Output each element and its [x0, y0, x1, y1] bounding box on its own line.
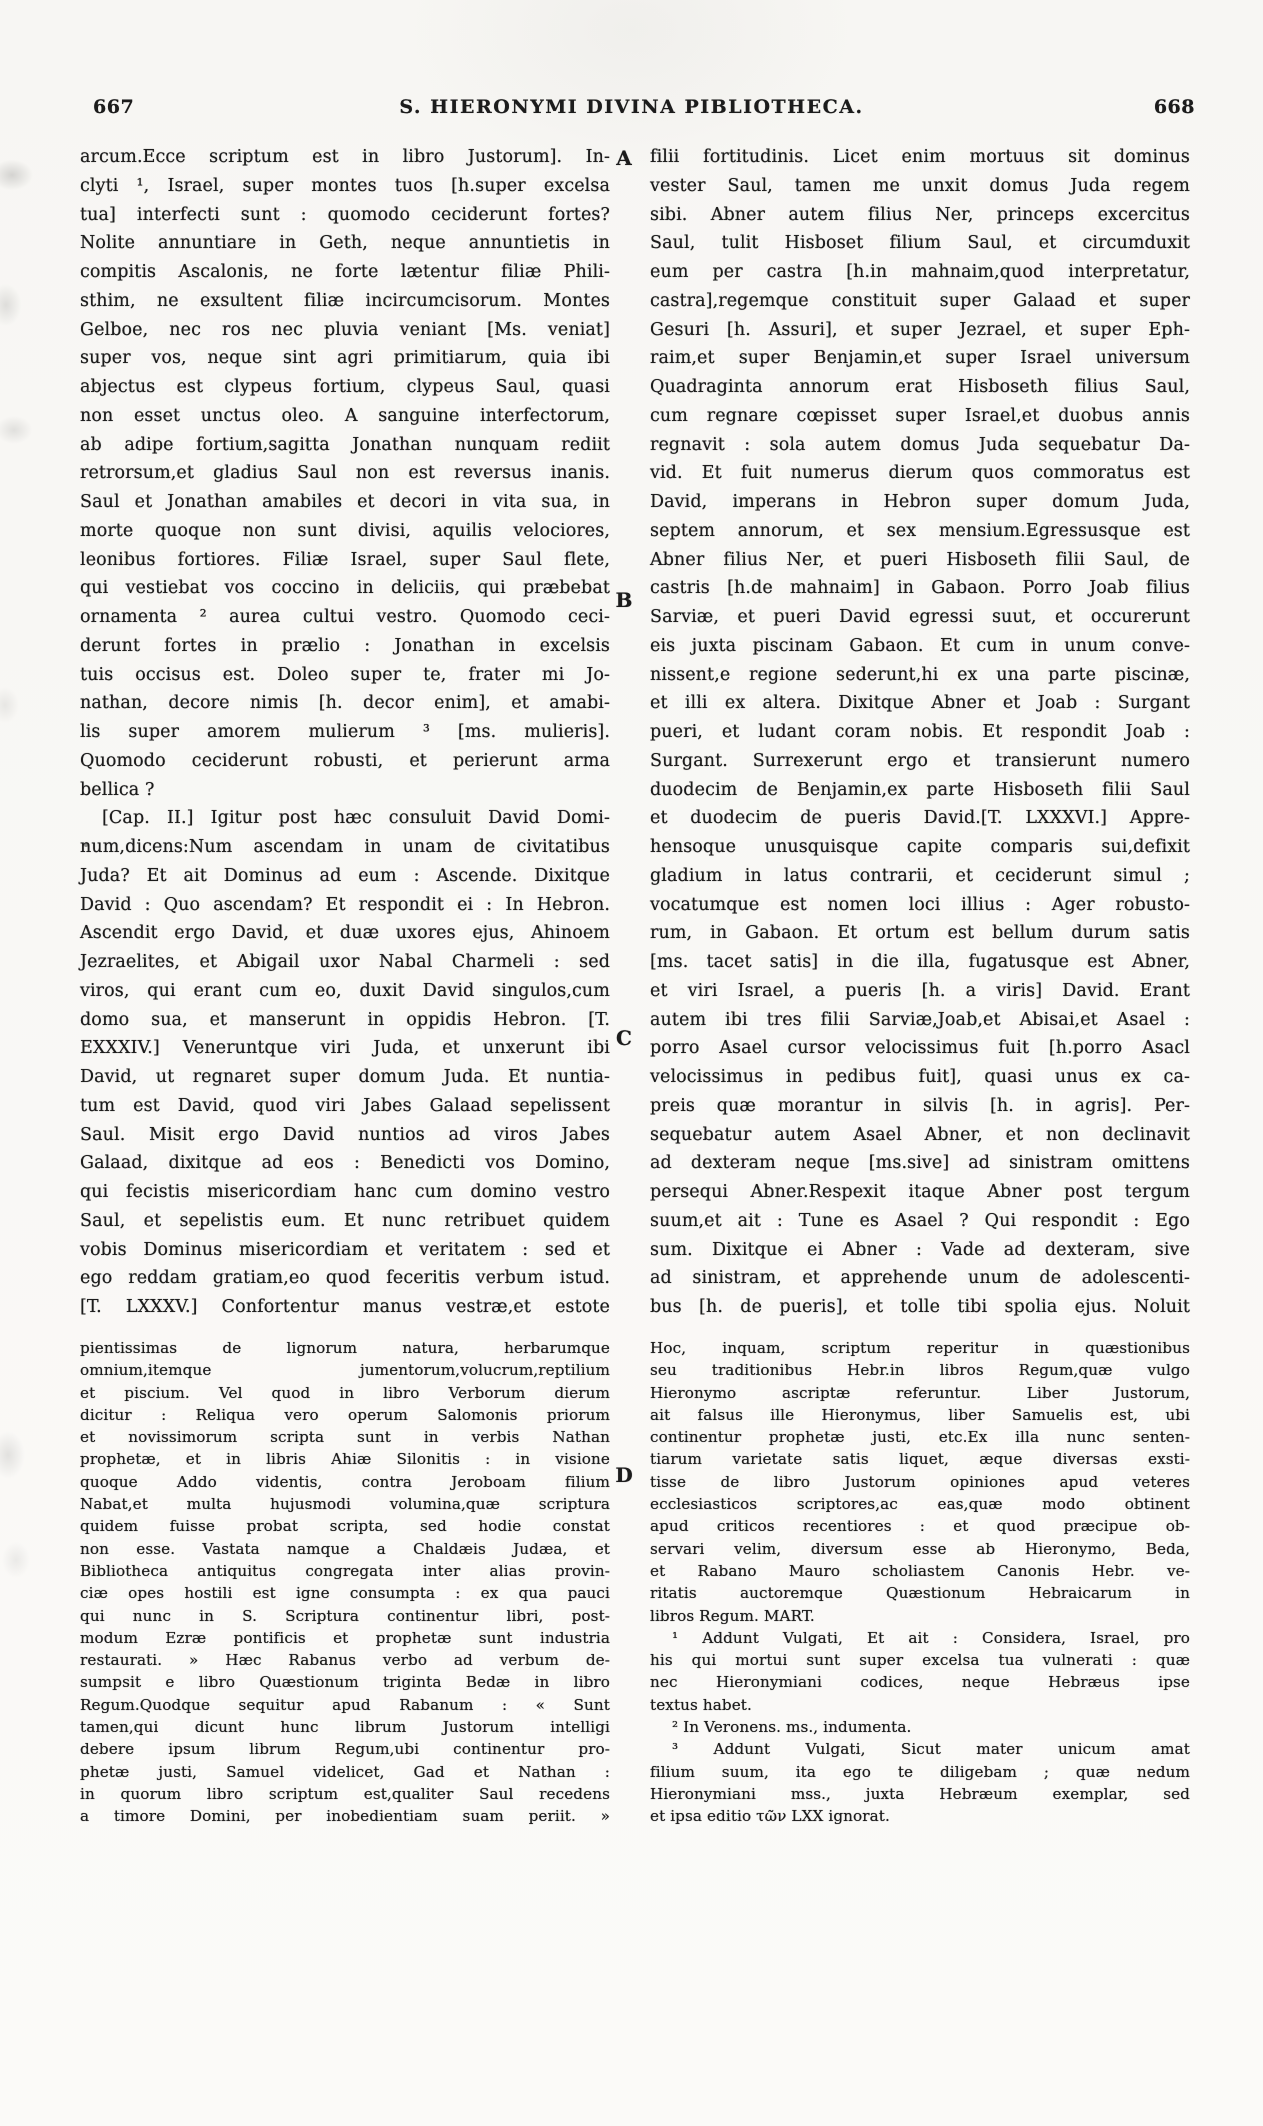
text-line: David, imperans in Hebron super domum Ju…	[650, 488, 1190, 517]
text-line: prophetæ, et in libris Ahiæ Silonitis : …	[80, 1448, 610, 1470]
text-line: et illi ex altera. Dixitque Abner et Joa…	[650, 689, 1190, 718]
text-line: tuis occisus est. Doleo super te, frater…	[80, 661, 610, 690]
text-line: Hieronymo ascriptæ referuntur. Liber Jus…	[650, 1382, 1190, 1404]
text-line: non esset unctus oleo. A sanguine interf…	[80, 402, 610, 431]
text-line: Saul et Jonathan amabiles et decori in v…	[80, 488, 610, 517]
text-line: lis super amorem mulierum ³ [ms. mulieri…	[80, 718, 610, 747]
text-line: tisse de libro Justorum opiniones apud v…	[650, 1471, 1190, 1493]
text-line: ecclesiasticos scriptores,ac eas,quæ mod…	[650, 1493, 1190, 1515]
text-line: quidem fuisse probat scripta, sed hodie …	[80, 1515, 610, 1537]
text-line: modum Ezræ pontificis et prophetæ sunt i…	[80, 1627, 610, 1649]
text-line: et piscium. Vel quod in libro Verborum d…	[80, 1382, 610, 1404]
text-line: Sarviæ, et pueri David egressi suut, et …	[650, 603, 1190, 632]
text-line: Hieronymiani mss., juxta Hebræum exempla…	[650, 1783, 1190, 1805]
text-line: [ms. tacet satis] in die illa, fugatusqu…	[650, 948, 1190, 977]
text-line: viros, qui erant cum eo, duxit David sin…	[80, 977, 610, 1006]
text-line: ² In Veronens. ms., indumenta.	[650, 1716, 1190, 1738]
text-line: restaurati. » Hæc Rabanus verbo ad verbu…	[80, 1649, 610, 1671]
text-line: his qui mortui sunt super excelsa tua vu…	[650, 1649, 1190, 1671]
text-line: ¹ Addunt Vulgati, Et ait : Considera, Is…	[650, 1627, 1190, 1649]
margin-letter-a: A	[606, 146, 642, 170]
text-line: Saul, et sepelistis eum. Et nunc retribu…	[80, 1207, 610, 1236]
text-line: rum, in Gabaon. Et ortum est bellum duru…	[650, 919, 1190, 948]
text-line: vocatumque est nomen loci illius : Ager …	[650, 891, 1190, 920]
text-line: qui fecistis misericordiam hanc cum domi…	[80, 1178, 610, 1207]
text-line: ritatis auctoremque Quæstionum Hebraicar…	[650, 1582, 1190, 1604]
text-line: preis quæ morantur in silvis [h. in agri…	[650, 1092, 1190, 1121]
text-line: filium suum, ita ego te diligebam ; quæ …	[650, 1761, 1190, 1783]
text-line: suum,et ait : Tune es Asael ? Qui respon…	[650, 1207, 1190, 1236]
text-line: EXXXIV.] Veneruntque viri Juda, et unxer…	[80, 1034, 610, 1063]
text-line: Jezraelites, et Abigail uxor Nabal Charm…	[80, 948, 610, 977]
margin-letter-c: C	[606, 1026, 642, 1050]
text-line: clyti ¹, Israel, super montes tuos [h.su…	[80, 172, 610, 201]
left-column-commentary-text: pientissimas de lignorum natura, herbaru…	[80, 1337, 610, 1828]
text-line: arcum.Ecce scriptum est in libro Justoru…	[80, 143, 610, 172]
text-line: regnavit : sola autem domus Juda sequeba…	[650, 431, 1190, 460]
text-line: et duodecim de pueris David.[T. LXXXVI.]…	[650, 804, 1190, 833]
text-line: libros Regum. MART.	[650, 1605, 1190, 1627]
text-line: et viri Israel, a pueris [h. a viris] Da…	[650, 977, 1190, 1006]
text-line: retrorsum,et gladius Saul non est revers…	[80, 459, 610, 488]
text-line: abjectus est clypeus fortium, clypeus Sa…	[80, 373, 610, 402]
text-line: tua] interfecti sunt : quomodo ceciderun…	[80, 201, 610, 230]
text-line: duodecim de Benjamin,ex parte Hisboseth …	[650, 776, 1190, 805]
text-line: pientissimas de lignorum natura, herbaru…	[80, 1337, 610, 1359]
text-line: qui vestiebat vos coccino in deliciis, q…	[80, 574, 610, 603]
text-line: autem ibi tres filii Sarviæ,Joab,et Abis…	[650, 1006, 1190, 1035]
text-line: qui nunc in S. Scriptura continentur lib…	[80, 1605, 610, 1627]
text-line: Saul. Misit ergo David nuntios ad viros …	[80, 1121, 610, 1150]
text-line: porro Asael cursor velocissimus fuit [h.…	[650, 1034, 1190, 1063]
text-line: septem annorum, et sex mensium.Egressusq…	[650, 517, 1190, 546]
text-line: sibi. Abner autem filius Ner, princeps e…	[650, 201, 1190, 230]
text-line: ab adipe fortium,sagitta Jonathan nunqua…	[80, 431, 610, 460]
text-line: num,dicens:Num ascendam in unam de civit…	[80, 833, 610, 862]
text-line: apud criticos recentiores : et quod præc…	[650, 1515, 1190, 1537]
text-line: sthim, ne exsultent filiæ incircumcisoru…	[80, 287, 610, 316]
text-line: Nolite annuntiare in Geth, neque annunti…	[80, 229, 610, 258]
text-line: Saul, tulit Hisboset filium Saul, et cir…	[650, 229, 1190, 258]
text-line: vobis Dominus misericordiam et veritatem…	[80, 1236, 610, 1265]
text-line: [Cap. II.] Igitur post hæc consuluit Dav…	[80, 804, 610, 833]
text-line: in quorum libro scriptum est,qualiter Sa…	[80, 1783, 610, 1805]
text-line: filii fortitudinis. Licet enim mortuus s…	[650, 143, 1190, 172]
text-line: ciæ opes hostili est igne consumpta : ex…	[80, 1582, 610, 1604]
right-column-footnotes-text: Hoc, inquam, scriptum reperitur in quæst…	[650, 1337, 1190, 1828]
text-line: castra],regemque constituit super Galaad…	[650, 287, 1190, 316]
text-line: nec Hieronymiani codices, neque Hebræus …	[650, 1671, 1190, 1693]
text-line: Hoc, inquam, scriptum reperitur in quæst…	[650, 1337, 1190, 1359]
text-line: Nabat,et multa hujusmodi volumina,quæ sc…	[80, 1493, 610, 1515]
text-line: [T. LXXXV.] Confortentur manus vestræ,et…	[80, 1293, 610, 1322]
text-line: David, ut regnaret super domum Juda. Et …	[80, 1063, 610, 1092]
text-line: continentur prophetæ justi, etc.Ex illa …	[650, 1426, 1190, 1448]
text-line: castris [h.de mahnaim] in Gabaon. Porro …	[650, 574, 1190, 603]
text-line: tum est David, quod viri Jabes Galaad se…	[80, 1092, 610, 1121]
text-line: ornamenta ² aurea cultui vestro. Quomodo…	[80, 603, 610, 632]
text-line: Gelboe, nec ros nec pluvia veniant [Ms. …	[80, 316, 610, 345]
text-line: velocissimus in pedibus fuit], quasi unu…	[650, 1063, 1190, 1092]
margin-letter-b: B	[606, 588, 642, 612]
scanned-book-page: 667 S. HIERONYMI DIVINA PIBLIOTHECA. 668…	[0, 0, 1263, 2126]
text-line: et Rabano Mauro scholiastem Canonis Hebr…	[650, 1560, 1190, 1582]
text-line: dicitur : Reliqua vero operum Salomonis …	[80, 1404, 610, 1426]
text-line: nissent,e regione sederunt,hi ex una par…	[650, 661, 1190, 690]
scan-ink-speck	[84, 843, 88, 847]
text-line: hensoque unusquisque capite comparis sui…	[650, 833, 1190, 862]
text-line: Regum.Quodque sequitur apud Rabanum : « …	[80, 1694, 610, 1716]
text-line: ³ Addunt Vulgati, Sicut mater unicum ama…	[650, 1738, 1190, 1760]
text-line: Bibliotheca antiquitus congregata inter …	[80, 1560, 610, 1582]
text-line: Quadraginta annorum erat Hisboseth filiu…	[650, 373, 1190, 402]
text-line: gladium in latus contrarii, et ceciderun…	[650, 862, 1190, 891]
text-line: seu traditionibus Hebr.in libros Regum,q…	[650, 1359, 1190, 1381]
text-line: Surgant. Surrexerunt ergo et transierunt…	[650, 747, 1190, 776]
text-line: bus [h. de pueris], et tolle tibi spolia…	[650, 1293, 1190, 1322]
margin-letter-d: D	[606, 1463, 642, 1487]
text-line: Abner filius Ner, et pueri Hisboseth fil…	[650, 546, 1190, 575]
text-line: Ascendit ergo David, et duæ uxores ejus,…	[80, 919, 610, 948]
text-line: pueri, et ludant coram nobis. Et respond…	[650, 718, 1190, 747]
right-column-page-number: 668	[1154, 96, 1195, 118]
text-line: cum regnare cœpisset super Israel,et duo…	[650, 402, 1190, 431]
text-line: morte quoque non sunt divisi, aquilis ve…	[80, 517, 610, 546]
text-line: tamen,qui dicunt hunc librum Justorum in…	[80, 1716, 610, 1738]
text-line: Juda? Et ait Dominus ad eum : Ascende. D…	[80, 862, 610, 891]
text-line: quoque Addo videntis, contra Jeroboam fi…	[80, 1471, 610, 1493]
text-line: compitis Ascalonis, ne forte lætentur fi…	[80, 258, 610, 287]
text-line: Gesuri [h. Assuri], et super Jezrael, et…	[650, 316, 1190, 345]
text-line: debere ipsum librum Regum,ubi continentu…	[80, 1738, 610, 1760]
text-line: persequi Abner.Respexit itaque Abner pos…	[650, 1178, 1190, 1207]
text-line: non esse. Vastata namque a Chaldæis Judæ…	[80, 1538, 610, 1560]
text-line: a timore Domini, per inobedientiam suam …	[80, 1805, 610, 1827]
text-line: et novissimorum scripta sunt in verbis N…	[80, 1426, 610, 1448]
text-line: domo sua, et manserunt in oppidis Hebron…	[80, 1006, 610, 1035]
text-line: super vos, neque sint agri primitiarum, …	[80, 344, 610, 373]
text-line: vid. Et fuit numerus dierum quos commora…	[650, 459, 1190, 488]
text-line: et ipsa editio τῶν LXX ignorat.	[650, 1805, 1190, 1827]
text-line: Galaad, dixitque ad eos : Benedicti vos …	[80, 1149, 610, 1178]
text-line: omnium,itemque jumentorum,volucrum,repti…	[80, 1359, 610, 1381]
text-line: ad sinistram, et apprehende unum de adol…	[650, 1264, 1190, 1293]
text-line: David : Quo ascendam? Et respondit ei : …	[80, 891, 610, 920]
text-line: Quomodo ceciderunt robusti, et perierunt…	[80, 747, 610, 776]
text-line: sumpsit e libro Quæstionum triginta Bedæ…	[80, 1671, 610, 1693]
text-line: leonibus fortiores. Filiæ Israel, super …	[80, 546, 610, 575]
text-line: eis juxta piscinam Gabaon. Et cum in unu…	[650, 632, 1190, 661]
text-line: ego reddam gratiam,eo quod feceritis ver…	[80, 1264, 610, 1293]
text-line: nathan, decore nimis [h. decor enim], et…	[80, 689, 610, 718]
text-line: tiarum varietate satis liquet, æque dive…	[650, 1448, 1190, 1470]
text-line: sequebatur autem Asael Abner, et non dec…	[650, 1121, 1190, 1150]
text-line: ait falsus ille Hieronymus, liber Samuel…	[650, 1404, 1190, 1426]
text-line: servari velim, diversum esse ab Hieronym…	[650, 1538, 1190, 1560]
text-line: bellica ?	[80, 776, 610, 805]
text-line: vester Saul, tamen me unxit domus Juda r…	[650, 172, 1190, 201]
left-column-main-text: arcum.Ecce scriptum est in libro Justoru…	[80, 143, 610, 1322]
text-line: derunt fortes in prælio : Jonathan in ex…	[80, 632, 610, 661]
text-line: raim,et super Benjamin,et super Israel u…	[650, 344, 1190, 373]
text-line: sum. Dixitque ei Abner : Vade ad dextera…	[650, 1236, 1190, 1265]
text-line: phetæ justi, Samuel videlicet, Gad et Na…	[80, 1761, 610, 1783]
right-column-main-text: filii fortitudinis. Licet enim mortuus s…	[650, 143, 1190, 1322]
text-line: textus habet.	[650, 1694, 1190, 1716]
page-title: S. HIERONYMI DIVINA PIBLIOTHECA.	[0, 96, 1263, 118]
text-line: eum per castra [h.in mahnaim,quod interp…	[650, 258, 1190, 287]
text-line: ad dexteram neque [ms.sive] ad sinistram…	[650, 1149, 1190, 1178]
